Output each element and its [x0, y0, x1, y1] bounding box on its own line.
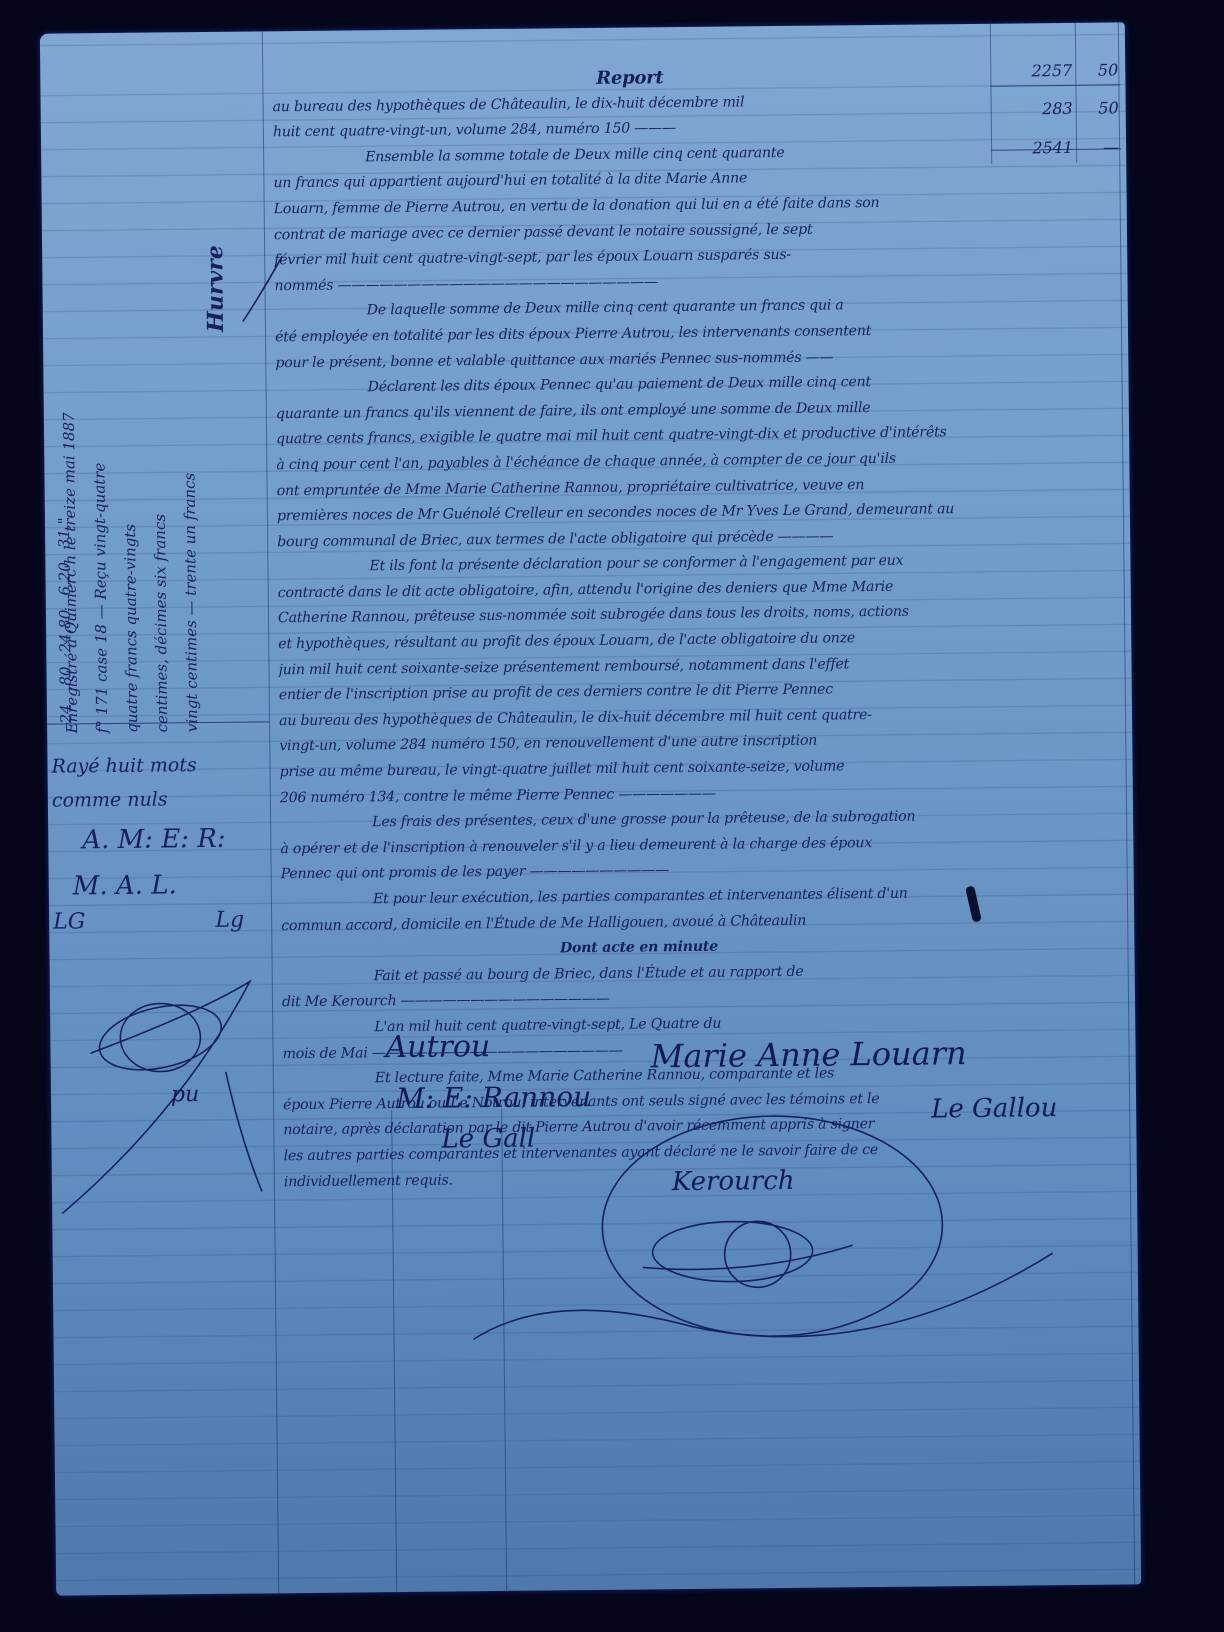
- signature-autrou: Autrou: [385, 1029, 490, 1065]
- paraphe: pu: [171, 1082, 200, 1107]
- signature-marie-anne-louarn: Marie Anne Louarn: [650, 1034, 966, 1075]
- signature-rannou: M: E: Rannou: [396, 1080, 591, 1115]
- signature-le-gall: Le Gall: [441, 1124, 535, 1155]
- document-page: 2257 50 283 50 2541 — Report au bureau d…: [40, 22, 1141, 1595]
- signature-flourishes: [40, 22, 1141, 1595]
- signature-notary: Kerourch: [672, 1166, 795, 1197]
- signature-le-gallou: Le Gallou: [931, 1093, 1058, 1124]
